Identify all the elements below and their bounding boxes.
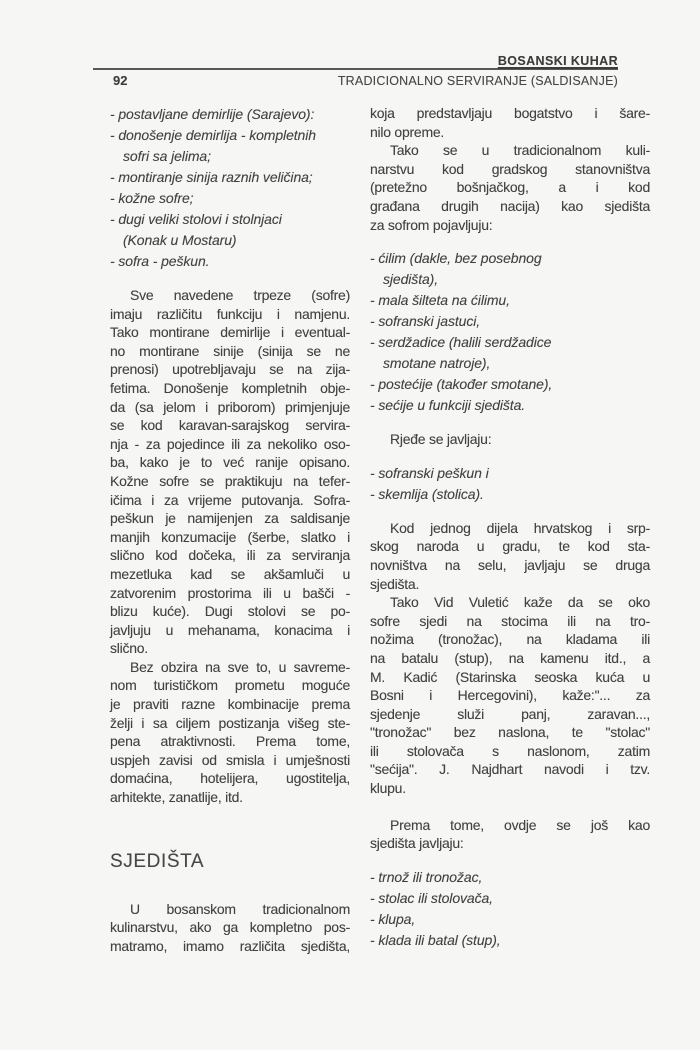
text-line: koja predstavljaju bogatstvo i šare-: [370, 104, 650, 123]
text-line: nožima (tronožac), na kladama ili: [370, 630, 650, 649]
text-line: M. Kadić (Starinska seoska kuća u: [370, 668, 650, 687]
page-number: 92: [93, 73, 127, 88]
text-line: ili stolovača s naslonom, zatim: [370, 742, 650, 761]
list-item-line: - mala šilteta na ćilimu,: [370, 290, 650, 311]
text-line: želji i sa ciljem postizanja višeg ste-: [110, 714, 350, 733]
list-item-line: - sofranski peškun i: [370, 463, 650, 484]
list-item: - postećije (također smotane),: [370, 374, 650, 395]
text-line: Kožne sofre se praktikuju na tefer-: [110, 472, 350, 491]
text-line: za sofrom pojavljuju:: [370, 216, 650, 235]
list-item-line: - trnož ili tronožac,: [370, 867, 650, 888]
list-item: - klupa,: [370, 909, 650, 930]
text-line: no montirane sinije (sinija se ne: [110, 342, 350, 361]
list-item: - ćilim (dakle, bez posebnogsjedišta),: [370, 248, 650, 290]
text-line: Rjeđe se javljaju:: [370, 430, 650, 449]
text-line: sjedišta.: [370, 575, 650, 594]
paragraph: Prema tome, ovdje se još kaosjedišta jav…: [370, 816, 650, 853]
text-line: slično kod dočeka, ili za serviranja: [110, 546, 350, 565]
text-line: Kod jednog dijela hrvatskog i srp-: [370, 519, 650, 538]
list-item: - sofranski peškun i: [370, 463, 650, 484]
list-item-line: - dugi veliki stolovi i stolnjaci: [110, 209, 350, 230]
list-item-line: - kožne sofre;: [110, 188, 350, 209]
list-item-line: - sećije u funkciji sjedišta.: [370, 395, 650, 416]
text-line: klupu.: [370, 779, 650, 798]
book-title: BOSANSKI KUHAR: [93, 54, 618, 69]
paragraph: Sve navedene trpeze (sofre)imaju različi…: [110, 286, 350, 658]
list-item: - sofra - peškun.: [110, 251, 350, 272]
list-item: - montiranje sinija raznih veličina;: [110, 167, 350, 188]
list-item: - skemlija (stolica).: [370, 484, 650, 505]
text-line: Bez obzira na sve to, u savreme-: [110, 658, 350, 677]
text-line: sjedišta javljaju:: [370, 834, 650, 853]
text-line: nom turističkom prometu moguće: [110, 676, 350, 695]
list-item: - serdžadice (halili serdžadicesmotane n…: [370, 332, 650, 374]
paragraph: koja predstavljaju bogatstvo i šare-nilo…: [370, 104, 650, 141]
text-line: prenosi) upotrebljavaju se na zija-: [110, 360, 350, 379]
text-line: narstvu kod gradskog stanovništva: [370, 160, 650, 179]
text-line: sjedenje služi panj, zaravan...,: [370, 705, 650, 724]
paragraph: Bez obzira na sve to, u savreme-nom turi…: [110, 658, 350, 807]
list-item: - sećije u funkciji sjedišta.: [370, 395, 650, 416]
text-line: nilo opreme.: [370, 123, 650, 142]
list-item-line: - postećije (također smotane),: [370, 374, 650, 395]
text-line: ičima i za vrijeme putovanja. Sofra-: [110, 491, 350, 510]
list-item: - klada ili batal (stup),: [370, 930, 650, 951]
text-line: zatvorenim prostorima ili u bašči -: [110, 584, 350, 603]
paragraph: U bosanskom tradicionalnomkulinarstvu, a…: [110, 900, 350, 956]
text-line: domaćina, hotelijera, ugostitelja,: [110, 769, 350, 788]
chapter-title: TRADICIONALNO SERVIRANJE (SALDISANJE): [338, 74, 618, 88]
text-line: skog naroda u gradu, te kod sta-: [370, 537, 650, 556]
dash-list: - sofranski peškun i- skemlija (stolica)…: [370, 463, 650, 505]
header-row: 92 TRADICIONALNO SERVIRANJE (SALDISANJE): [93, 70, 618, 88]
text-line: arhitekte, zanatlije, itd.: [110, 788, 350, 807]
text-line: "sećija". J. Najdhart navodi i tzv.: [370, 760, 650, 779]
text-line: Prema tome, ovdje se još kao: [370, 816, 650, 835]
text-line: pena atraktivnosti. Prema tome,: [110, 732, 350, 751]
dash-list: - trnož ili tronožac,- stolac ili stolov…: [370, 867, 650, 951]
page-header: BOSANSKI KUHAR 92 TRADICIONALNO SERVIRAN…: [93, 54, 618, 88]
list-item: - kožne sofre;: [110, 188, 350, 209]
list-item-line: - serdžadice (halili serdžadice: [370, 332, 650, 353]
right-column: koja predstavljaju bogatstvo i šare-nilo…: [370, 104, 650, 965]
list-item-line: - sofranski jastuci,: [370, 311, 650, 332]
text-line: Sve navedene trpeze (sofre): [110, 286, 350, 305]
text-line: (pretežno bošnjačkog, a i kod: [370, 178, 650, 197]
text-line: peškun je namijenjen za saldisanje: [110, 509, 350, 528]
text-line: "tronožac" bez naslona, te "stolac": [370, 723, 650, 742]
list-item: - mala šilteta na ćilimu,: [370, 290, 650, 311]
text-line: javljuju u mehanama, konacima i: [110, 621, 350, 640]
text-line: manjih konzumacije (šerbe, slatko i: [110, 528, 350, 547]
text-line: mezetluka kad se akšamluči u: [110, 565, 350, 584]
text-line: na batalu (stup), na kamenu itd., a: [370, 649, 650, 668]
paragraph: Kod jednog dijela hrvatskog i srp-skog n…: [370, 519, 650, 593]
list-item: - trnož ili tronožac,: [370, 867, 650, 888]
two-column-text: - postavljane demirlije (Sarajevo):- don…: [110, 104, 650, 965]
text-line: blizu kuće). Dugi stolovi se po-: [110, 602, 350, 621]
text-line: Tako se u tradicionalnom kuli-: [370, 141, 650, 160]
list-item: - sofranski jastuci,: [370, 311, 650, 332]
left-column: - postavljane demirlije (Sarajevo):- don…: [110, 104, 350, 965]
list-item-line: - klada ili batal (stup),: [370, 930, 650, 951]
list-item-line: - stolac ili stolovača,: [370, 888, 650, 909]
list-item-line: sjedišta),: [370, 269, 650, 290]
text-line: kulinarstvu, ako ga kompletno pos-: [110, 918, 350, 937]
text-line: imaju različitu funkciju i namjenu.: [110, 305, 350, 324]
text-line: Bosni i Hercegovini), kaže:"... za: [370, 686, 650, 705]
text-line: uspjeh zavisi od smisla i umješnosti: [110, 751, 350, 770]
dash-list: - postavljane demirlije (Sarajevo):- don…: [110, 104, 350, 272]
section-heading: SJEDIŠTA: [110, 851, 350, 873]
text-line: sofre sjedi na stocima ili na tro-: [370, 612, 650, 631]
paragraph: Tako se u tradicionalnom kuli-narstvu ko…: [370, 141, 650, 234]
text-line: se kod karavan-sarajskog servira-: [110, 416, 350, 435]
text-line: slično.: [110, 639, 350, 658]
list-item-line: - donošenje demirlija - kompletnih: [110, 125, 350, 146]
text-line: nja - za pojedince ili za nekoliko oso-: [110, 435, 350, 454]
text-line: ba, kako je to već ranije opisano.: [110, 453, 350, 472]
list-item: - donošenje demirlija - kompletnihsofri …: [110, 125, 350, 167]
list-item-line: - skemlija (stolica).: [370, 484, 650, 505]
text-line: novništva na selu, javljaju se druga: [370, 556, 650, 575]
list-item-line: (Konak u Mostaru): [110, 230, 350, 251]
list-item-line: sofri sa jelima;: [110, 146, 350, 167]
text-line: Tako Vid Vuletić kaže da se oko: [370, 593, 650, 612]
list-item-line: - postavljane demirlije (Sarajevo):: [110, 104, 350, 125]
list-item-line: - ćilim (dakle, bez posebnog: [370, 248, 650, 269]
text-line: je praviti razne kombinacije prema: [110, 695, 350, 714]
paragraph: Tako Vid Vuletić kaže da se okosofre sje…: [370, 593, 650, 798]
scanned-book-page: BOSANSKI KUHAR 92 TRADICIONALNO SERVIRAN…: [0, 0, 700, 1050]
text-line: fetima. Donošenje kompletnih obje-: [110, 379, 350, 398]
text-line: matramo, imamo različita sjedišta,: [110, 937, 350, 956]
list-item: - stolac ili stolovača,: [370, 888, 650, 909]
list-item-line: - klupa,: [370, 909, 650, 930]
list-item-line: smotane natroje),: [370, 353, 650, 374]
text-line: U bosanskom tradicionalnom: [110, 900, 350, 919]
list-item: - dugi veliki stolovi i stolnjaci(Konak …: [110, 209, 350, 251]
paragraph: Rjeđe se javljaju:: [370, 430, 650, 449]
text-line: građana drugih nacija) kao sjedišta: [370, 197, 650, 216]
list-item: - postavljane demirlije (Sarajevo):: [110, 104, 350, 125]
dash-list: - ćilim (dakle, bez posebnogsjedišta),- …: [370, 248, 650, 416]
text-line: da (sa jelom i priborom) primjenjuje: [110, 398, 350, 417]
text-line: Tako montirane demirlije i eventual-: [110, 323, 350, 342]
list-item-line: - sofra - peškun.: [110, 251, 350, 272]
list-item-line: - montiranje sinija raznih veličina;: [110, 167, 350, 188]
